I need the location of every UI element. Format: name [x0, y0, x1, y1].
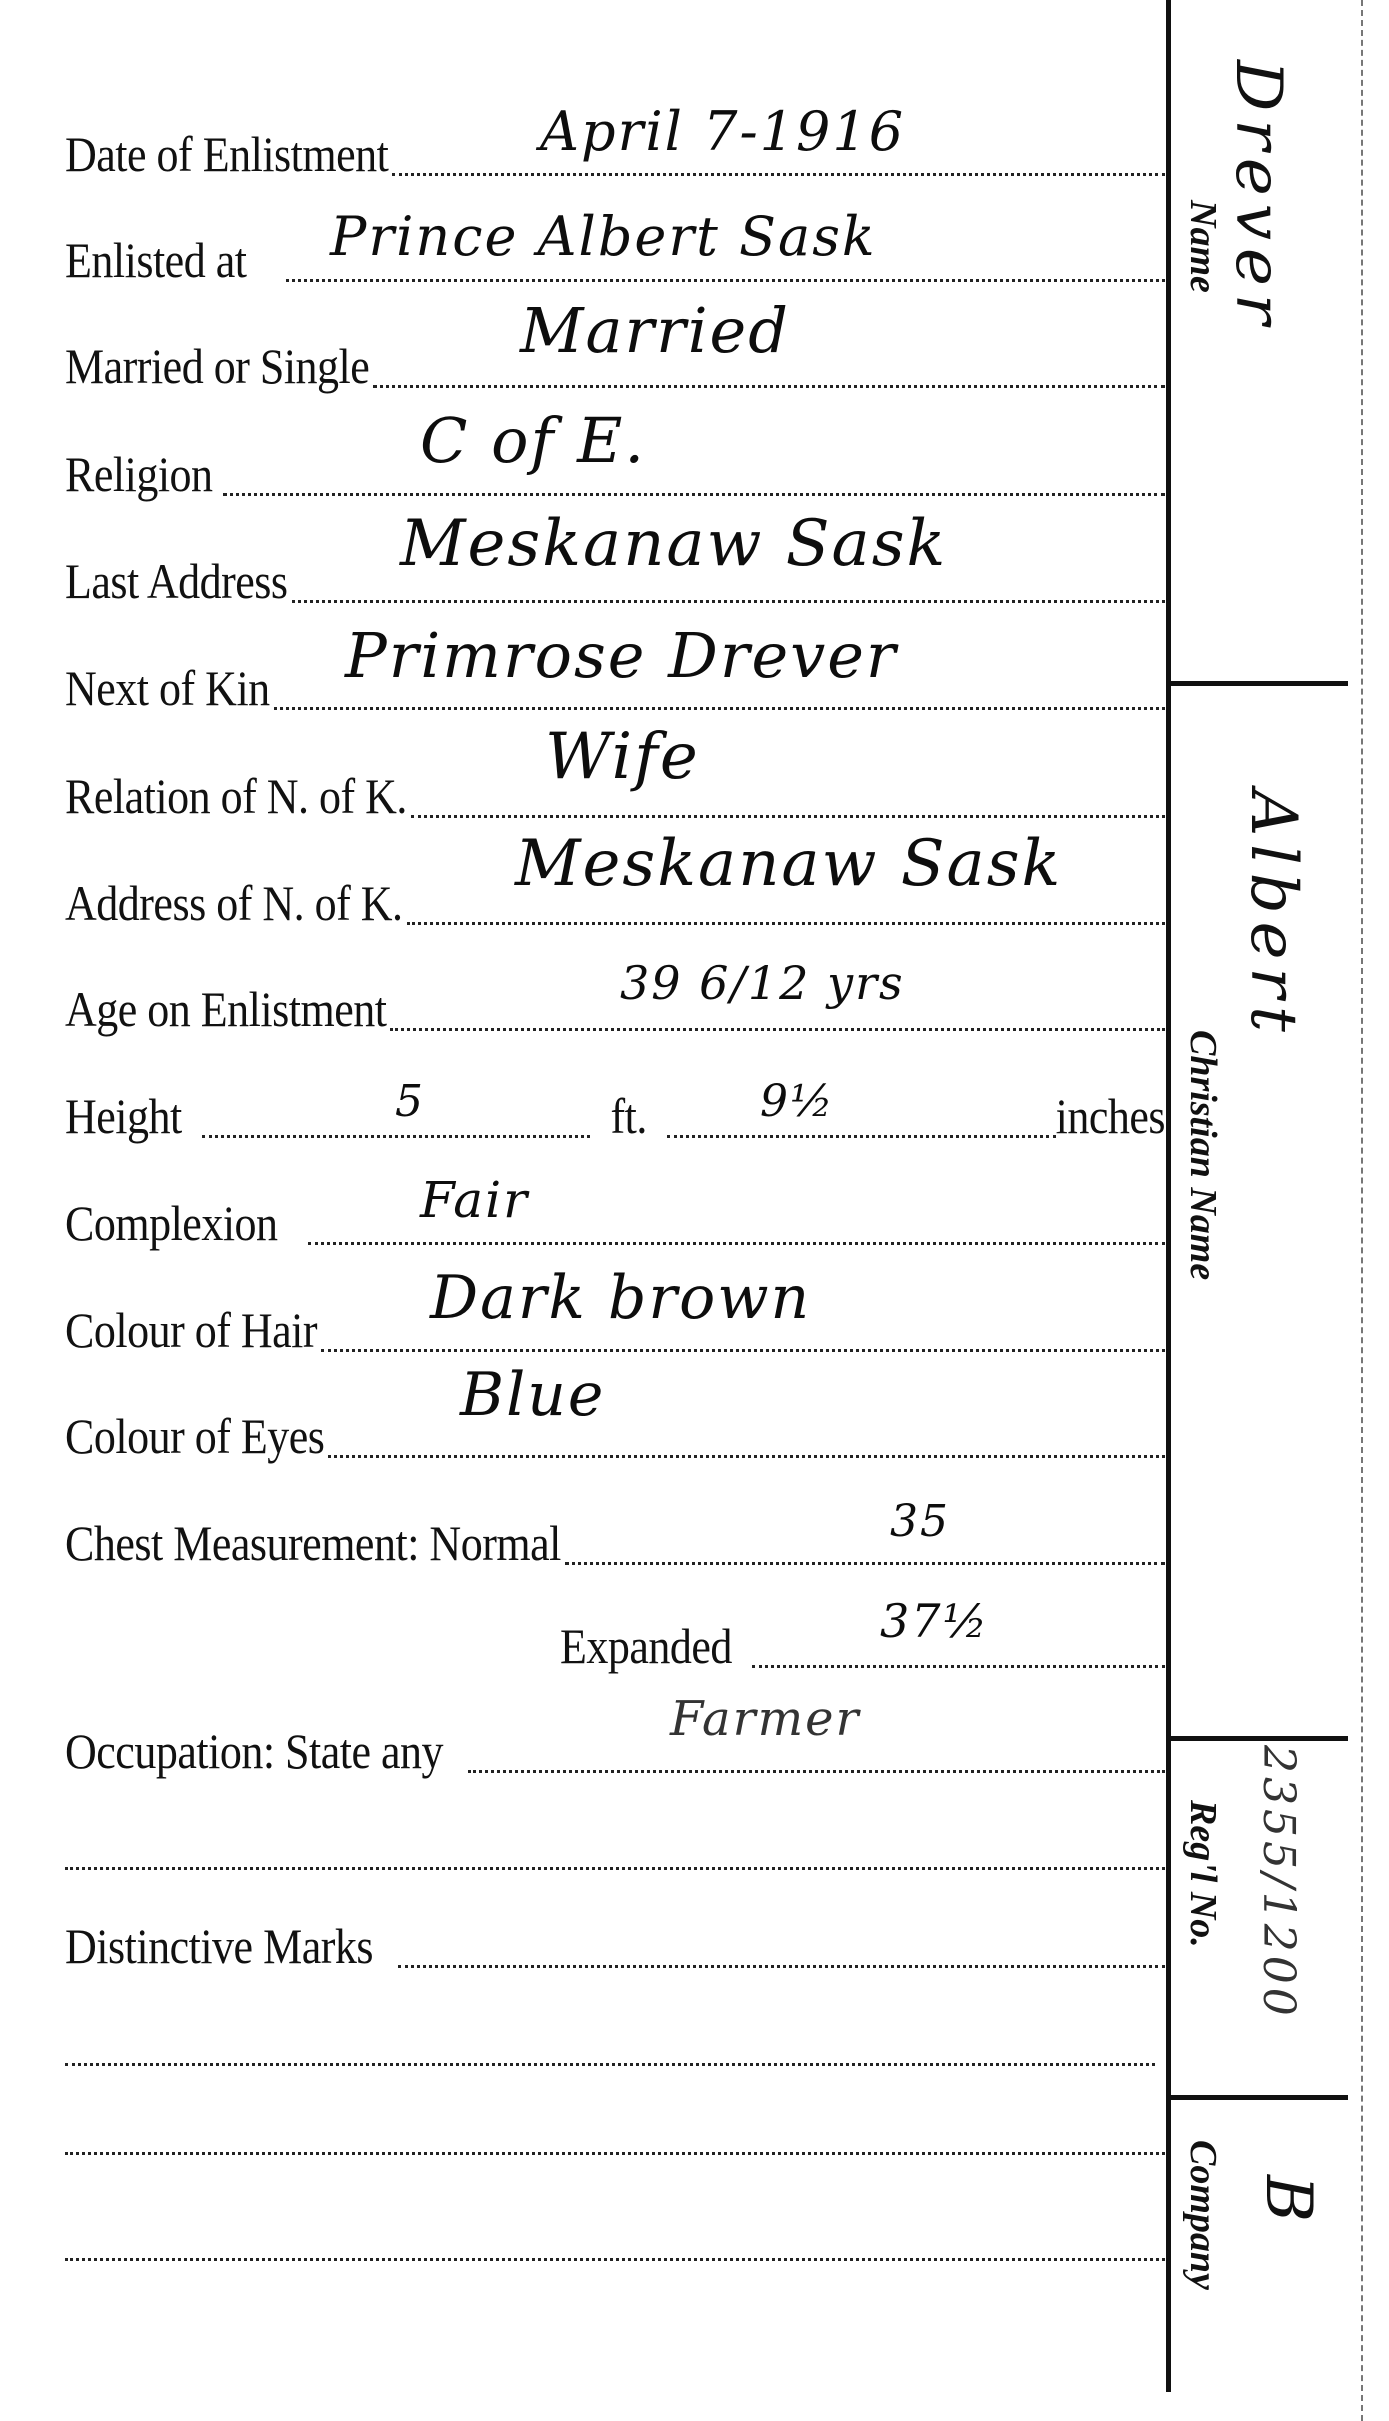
field-colour-of-eyes: Colour of Eyes — [65, 1402, 1165, 1462]
dotted-line — [286, 279, 1165, 282]
dotted-line — [373, 385, 1165, 388]
dotted-line — [223, 493, 1165, 496]
dotted-line — [65, 2258, 1165, 2261]
attestation-card: Date of Enlistment April 7-1916 Enlisted… — [0, 0, 1389, 2421]
dotted-line — [411, 815, 1165, 818]
height-inches-value: 9½ — [760, 1080, 835, 1124]
field-label: Distinctive Marks — [65, 1923, 373, 1972]
field-label: Religion — [65, 451, 213, 500]
field-label: Expanded — [560, 1623, 732, 1672]
company-label: Company — [1184, 2140, 1222, 2290]
column-divider — [1166, 0, 1171, 2392]
field-value-next-of-kin: Primrose Drever — [345, 625, 898, 687]
dotted-line — [321, 1349, 1165, 1352]
field-label: Date of Enlistment — [65, 131, 388, 180]
feet-label: ft. — [610, 1093, 646, 1142]
dotted-line — [65, 2152, 1165, 2155]
divider-regl-no — [1170, 2095, 1348, 2100]
field-label: Last Address — [65, 558, 288, 607]
field-value-address-of-nok: Meskanaw Sask — [515, 832, 1062, 896]
dotted-line — [390, 1028, 1165, 1031]
field-value-colour-of-hair: Dark brown — [430, 1268, 811, 1328]
surname-value: Drever — [1226, 60, 1290, 332]
field-age-on-enlistment: Age on Enlistment — [65, 975, 1165, 1035]
dotted-line — [752, 1665, 1165, 1668]
field-label: Occupation: State any — [65, 1728, 443, 1777]
dotted-line-inches — [667, 1135, 1056, 1138]
dotted-line — [292, 600, 1165, 603]
christian-name-label: Christian Name — [1184, 1030, 1222, 1280]
distinctive-marks-line-3 — [65, 2099, 1165, 2159]
christian-name-value: Albert — [1241, 790, 1305, 1040]
field-value-enlisted-at: Prince Albert Sask — [330, 210, 877, 264]
field-label: Age on Enlistment — [65, 986, 386, 1035]
height-feet-value: 5 — [395, 1080, 425, 1124]
dotted-line — [65, 2063, 1155, 2066]
field-label: Complexion — [65, 1200, 278, 1249]
chest-expanded-value: 37½ — [880, 1598, 989, 1644]
dotted-line — [407, 922, 1165, 925]
field-value-last-address: Meskanaw Sask — [400, 512, 947, 576]
divider-name — [1170, 681, 1348, 686]
distinctive-marks-line-4 — [65, 2205, 1165, 2265]
dotted-line — [565, 1562, 1165, 1565]
dotted-line — [65, 1867, 1165, 1870]
inches-label: inches — [1056, 1093, 1165, 1142]
field-label: Chest Measurement: Normal — [65, 1520, 561, 1569]
field-label: Address of N. of K. — [65, 880, 403, 929]
occupation-continuation-line — [65, 1814, 1165, 1874]
field-value-married-or-single: Married — [520, 300, 790, 362]
field-value-age-on-enlistment: 39 6/12 yrs — [620, 960, 905, 1006]
field-height: Height ft. inches — [65, 1082, 1165, 1142]
field-value-colour-of-eyes: Blue — [460, 1365, 605, 1425]
field-value-date-of-enlistment: April 7-1916 — [540, 105, 905, 159]
field-complexion: Complexion — [65, 1189, 1165, 1249]
chest-normal-value: 35 — [890, 1500, 950, 1544]
field-value-occupation: Farmer — [670, 1695, 860, 1743]
dotted-line — [392, 173, 1165, 176]
dotted-line — [468, 1770, 1165, 1773]
field-value-complexion: Fair — [420, 1175, 529, 1225]
card-edge — [1361, 0, 1363, 2421]
field-label: Height — [65, 1093, 182, 1142]
field-value-relation-of-nok: Wife — [545, 725, 700, 789]
dotted-line — [398, 1965, 1165, 1968]
field-label: Next of Kin — [65, 665, 270, 714]
field-chest-expanded: Expanded — [560, 1612, 1165, 1672]
field-distinctive-marks: Distinctive Marks — [65, 1912, 1165, 1972]
field-label: Married or Single — [65, 343, 369, 392]
dotted-line-feet — [202, 1135, 591, 1138]
regl-no-label: Reg'l No. — [1184, 1800, 1222, 1948]
distinctive-marks-line-2 — [65, 2010, 1155, 2070]
field-label: Relation of N. of K. — [65, 773, 407, 822]
divider-christian-name — [1170, 1736, 1348, 1741]
field-occupation: Occupation: State any — [65, 1717, 1165, 1777]
name-label: Name — [1184, 200, 1222, 293]
dotted-line — [328, 1455, 1165, 1458]
regl-no-value: 2355/1200 — [1256, 1745, 1300, 2020]
field-label: Colour of Eyes — [65, 1413, 324, 1462]
field-value-religion: C of E. — [420, 410, 646, 472]
field-chest-normal: Chest Measurement: Normal — [65, 1509, 1165, 1569]
dotted-line — [274, 707, 1165, 710]
field-label: Enlisted at — [65, 237, 246, 286]
field-label: Colour of Hair — [65, 1307, 317, 1356]
dotted-line — [308, 1242, 1165, 1245]
company-value: B — [1256, 2175, 1320, 2230]
